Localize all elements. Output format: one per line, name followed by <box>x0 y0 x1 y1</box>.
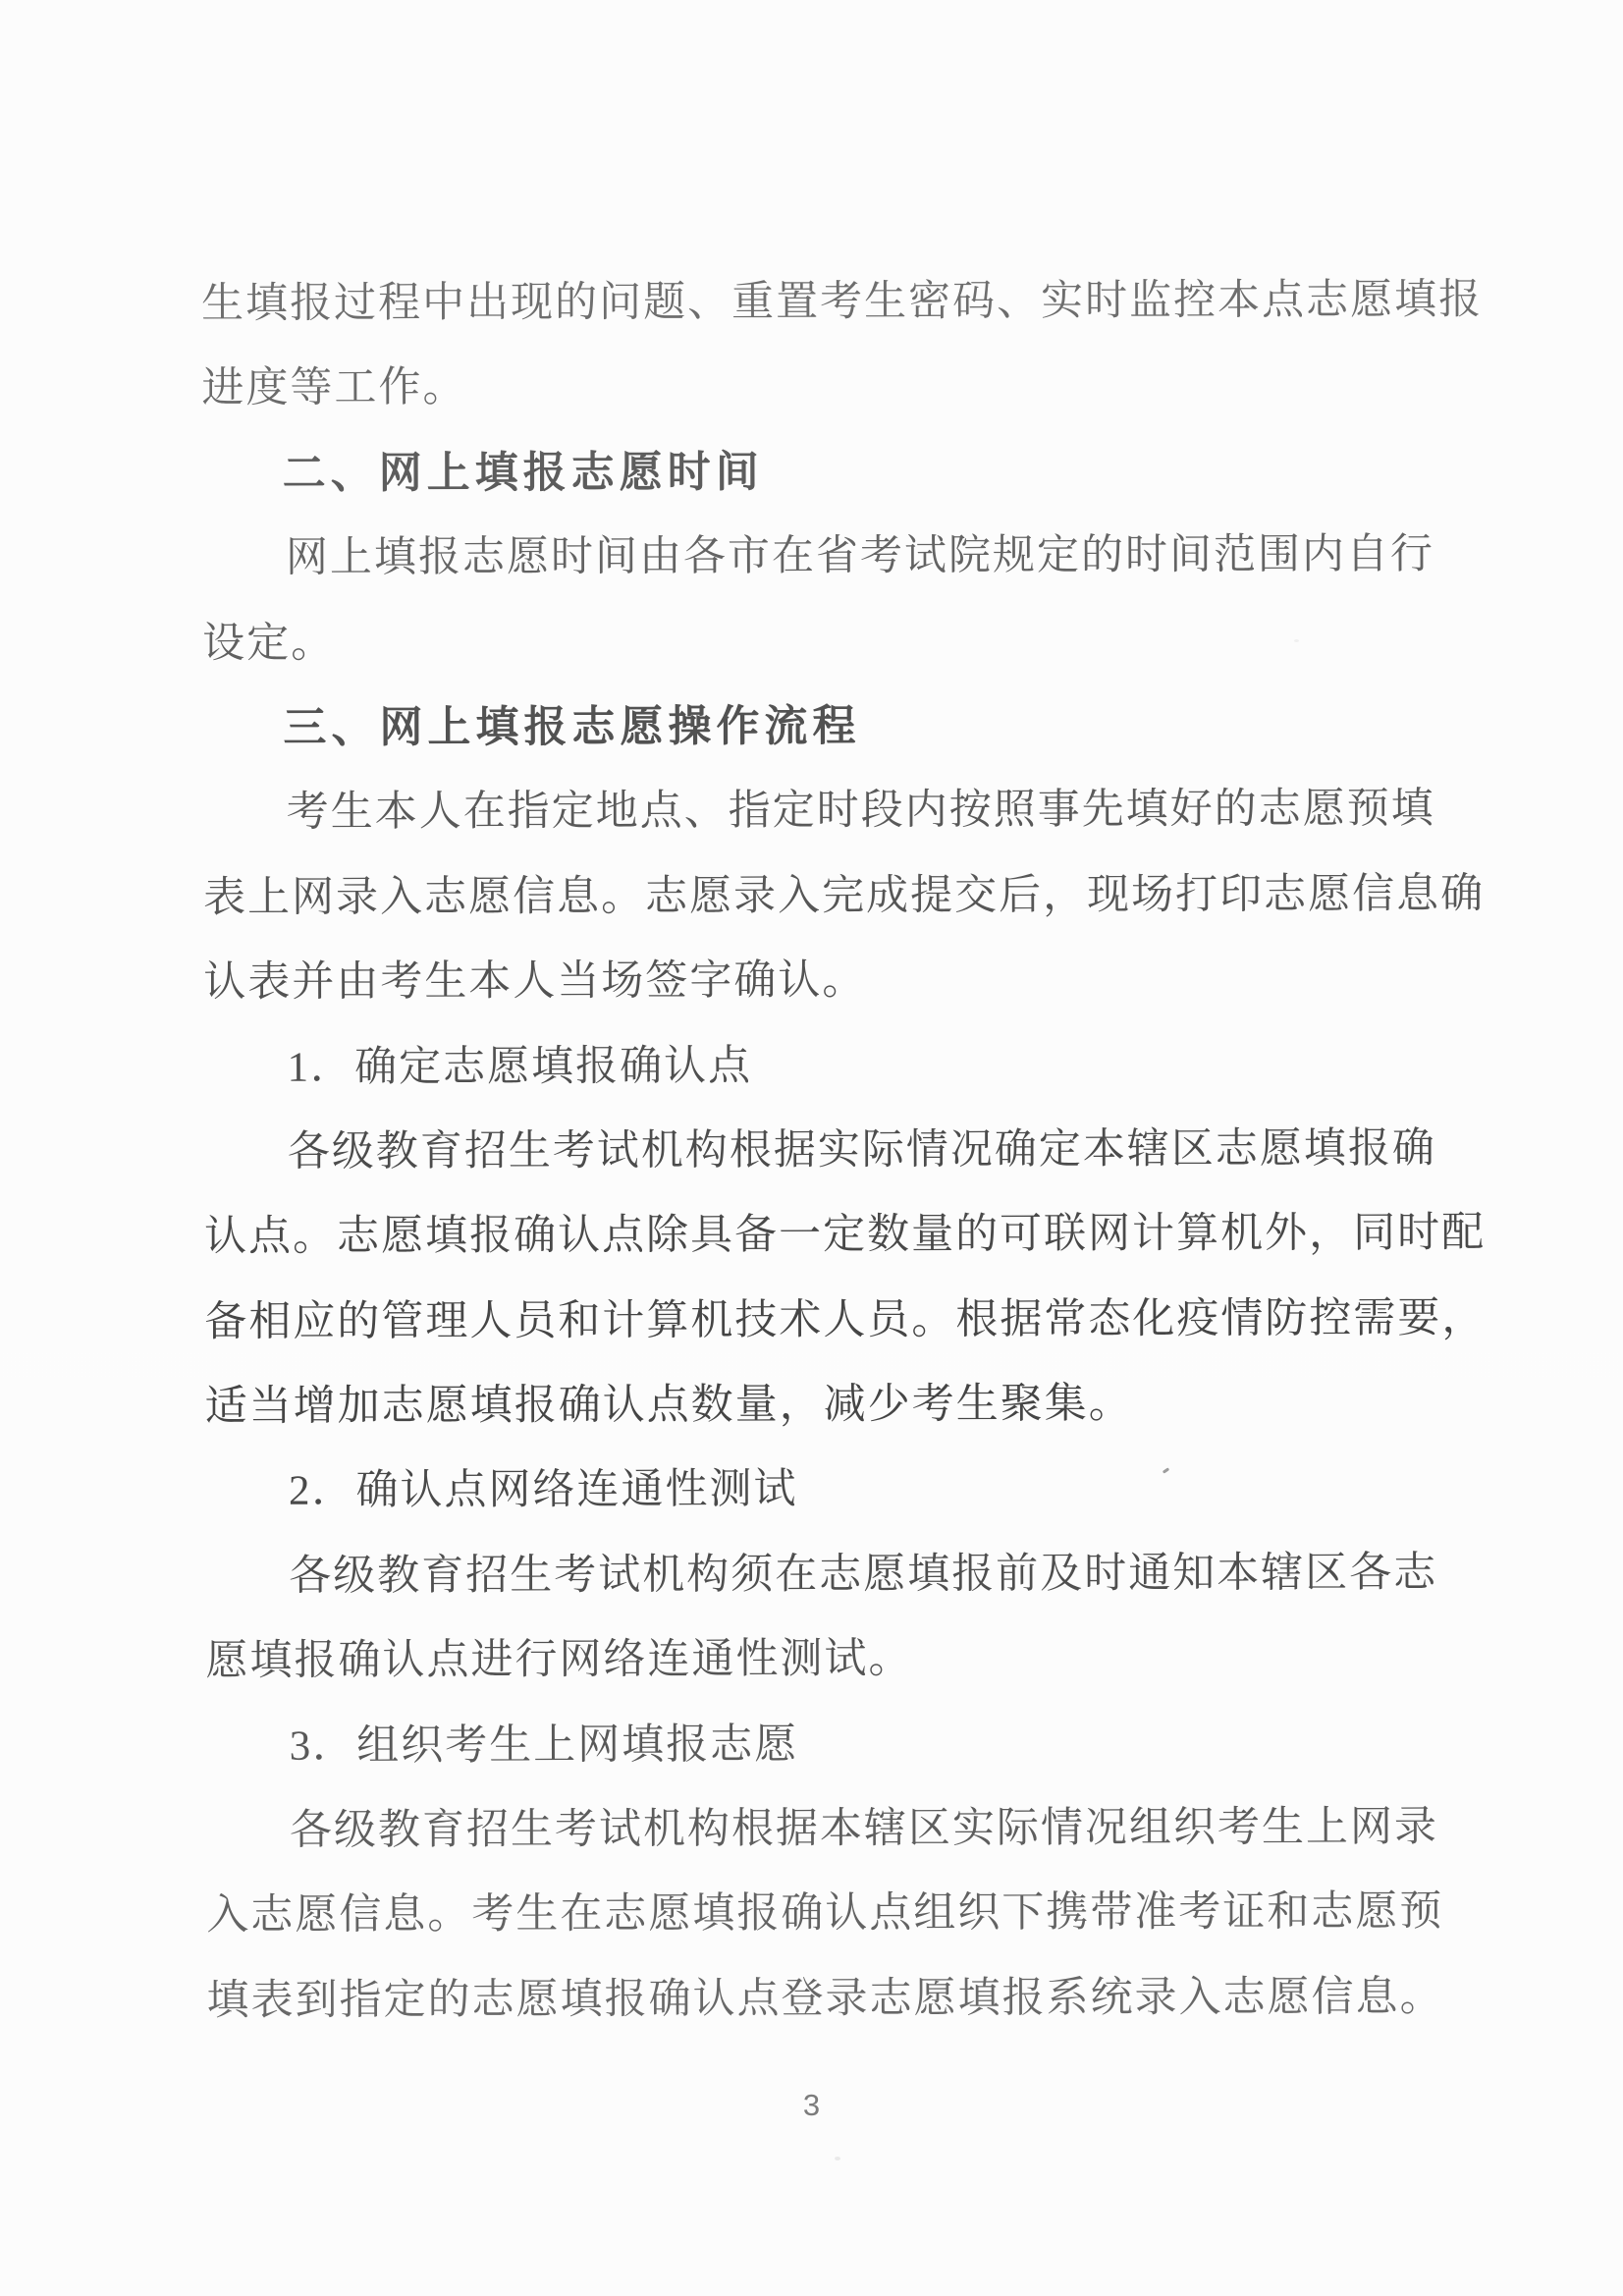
paragraph-start-line: 网上填报志愿时间由各市在省考试院规定的时间范围内自行 <box>202 513 1490 602</box>
body-line: 愿填报确认点进行网络连通性测试。 <box>205 1615 1493 1705</box>
page-number: 3 <box>0 2088 1623 2123</box>
paragraph-start-line: 各级教育招生考试机构须在志愿填报前及时通知本辖区各志 <box>205 1531 1493 1620</box>
document-body: 生填报过程中出现的问题、重置考生密码、实时监控本点志愿填报 进度等工作。 二、网… <box>201 258 1495 2044</box>
numbered-item-1: 1．确定志愿填报确认点 <box>203 1021 1491 1111</box>
body-line: 入志愿信息。考生在志愿填报确认点组织下携带准考证和志愿预 <box>206 1870 1494 1959</box>
section-heading-3: 三、网上填报志愿操作流程 <box>202 683 1490 772</box>
section-heading-2: 二、网上填报志愿时间 <box>202 428 1490 518</box>
body-line: 适当增加志愿填报确认点数量，减少考生聚集。 <box>205 1361 1493 1450</box>
scanned-document-page: 生填报过程中出现的问题、重置考生密码、实时监控本点志愿填报 进度等工作。 二、网… <box>0 0 1623 2296</box>
body-line: 备相应的管理人员和计算机技术人员。根据常态化疫情防控需要， <box>204 1277 1492 1366</box>
body-line: 设定。 <box>202 597 1490 686</box>
body-line: 表上网录入志愿信息。志愿录入完成提交后，现场打印志愿信息确 <box>203 852 1491 942</box>
paragraph-start-line: 各级教育招生考试机构根据本辖区实际情况组织考生上网录 <box>206 1785 1494 1875</box>
numbered-item-2: 2．确认点网络连通性测试 <box>205 1446 1493 1535</box>
body-line: 填表到指定的志愿填报确认点登录志愿填报系统录入志愿信息。 <box>206 1955 1494 2045</box>
paragraph-start-line: 各级教育招生考试机构根据实际情况确定本辖区志愿填报确 <box>204 1107 1492 1196</box>
body-line: 进度等工作。 <box>201 343 1489 432</box>
numbered-item-3: 3．组织考生上网填报志愿 <box>206 1701 1494 1790</box>
scan-speck <box>835 2157 840 2160</box>
paragraph-start-line: 考生本人在指定地点、指定时段内按照事先填好的志愿预填 <box>203 767 1491 856</box>
body-line: 认表并由考生本人当场签字确认。 <box>203 937 1491 1026</box>
body-line: 生填报过程中出现的问题、重置考生密码、实时监控本点志愿填报 <box>201 258 1489 348</box>
body-line: 认点。志愿填报确认点除具备一定数量的可联网计算机外，同时配 <box>204 1191 1492 1281</box>
